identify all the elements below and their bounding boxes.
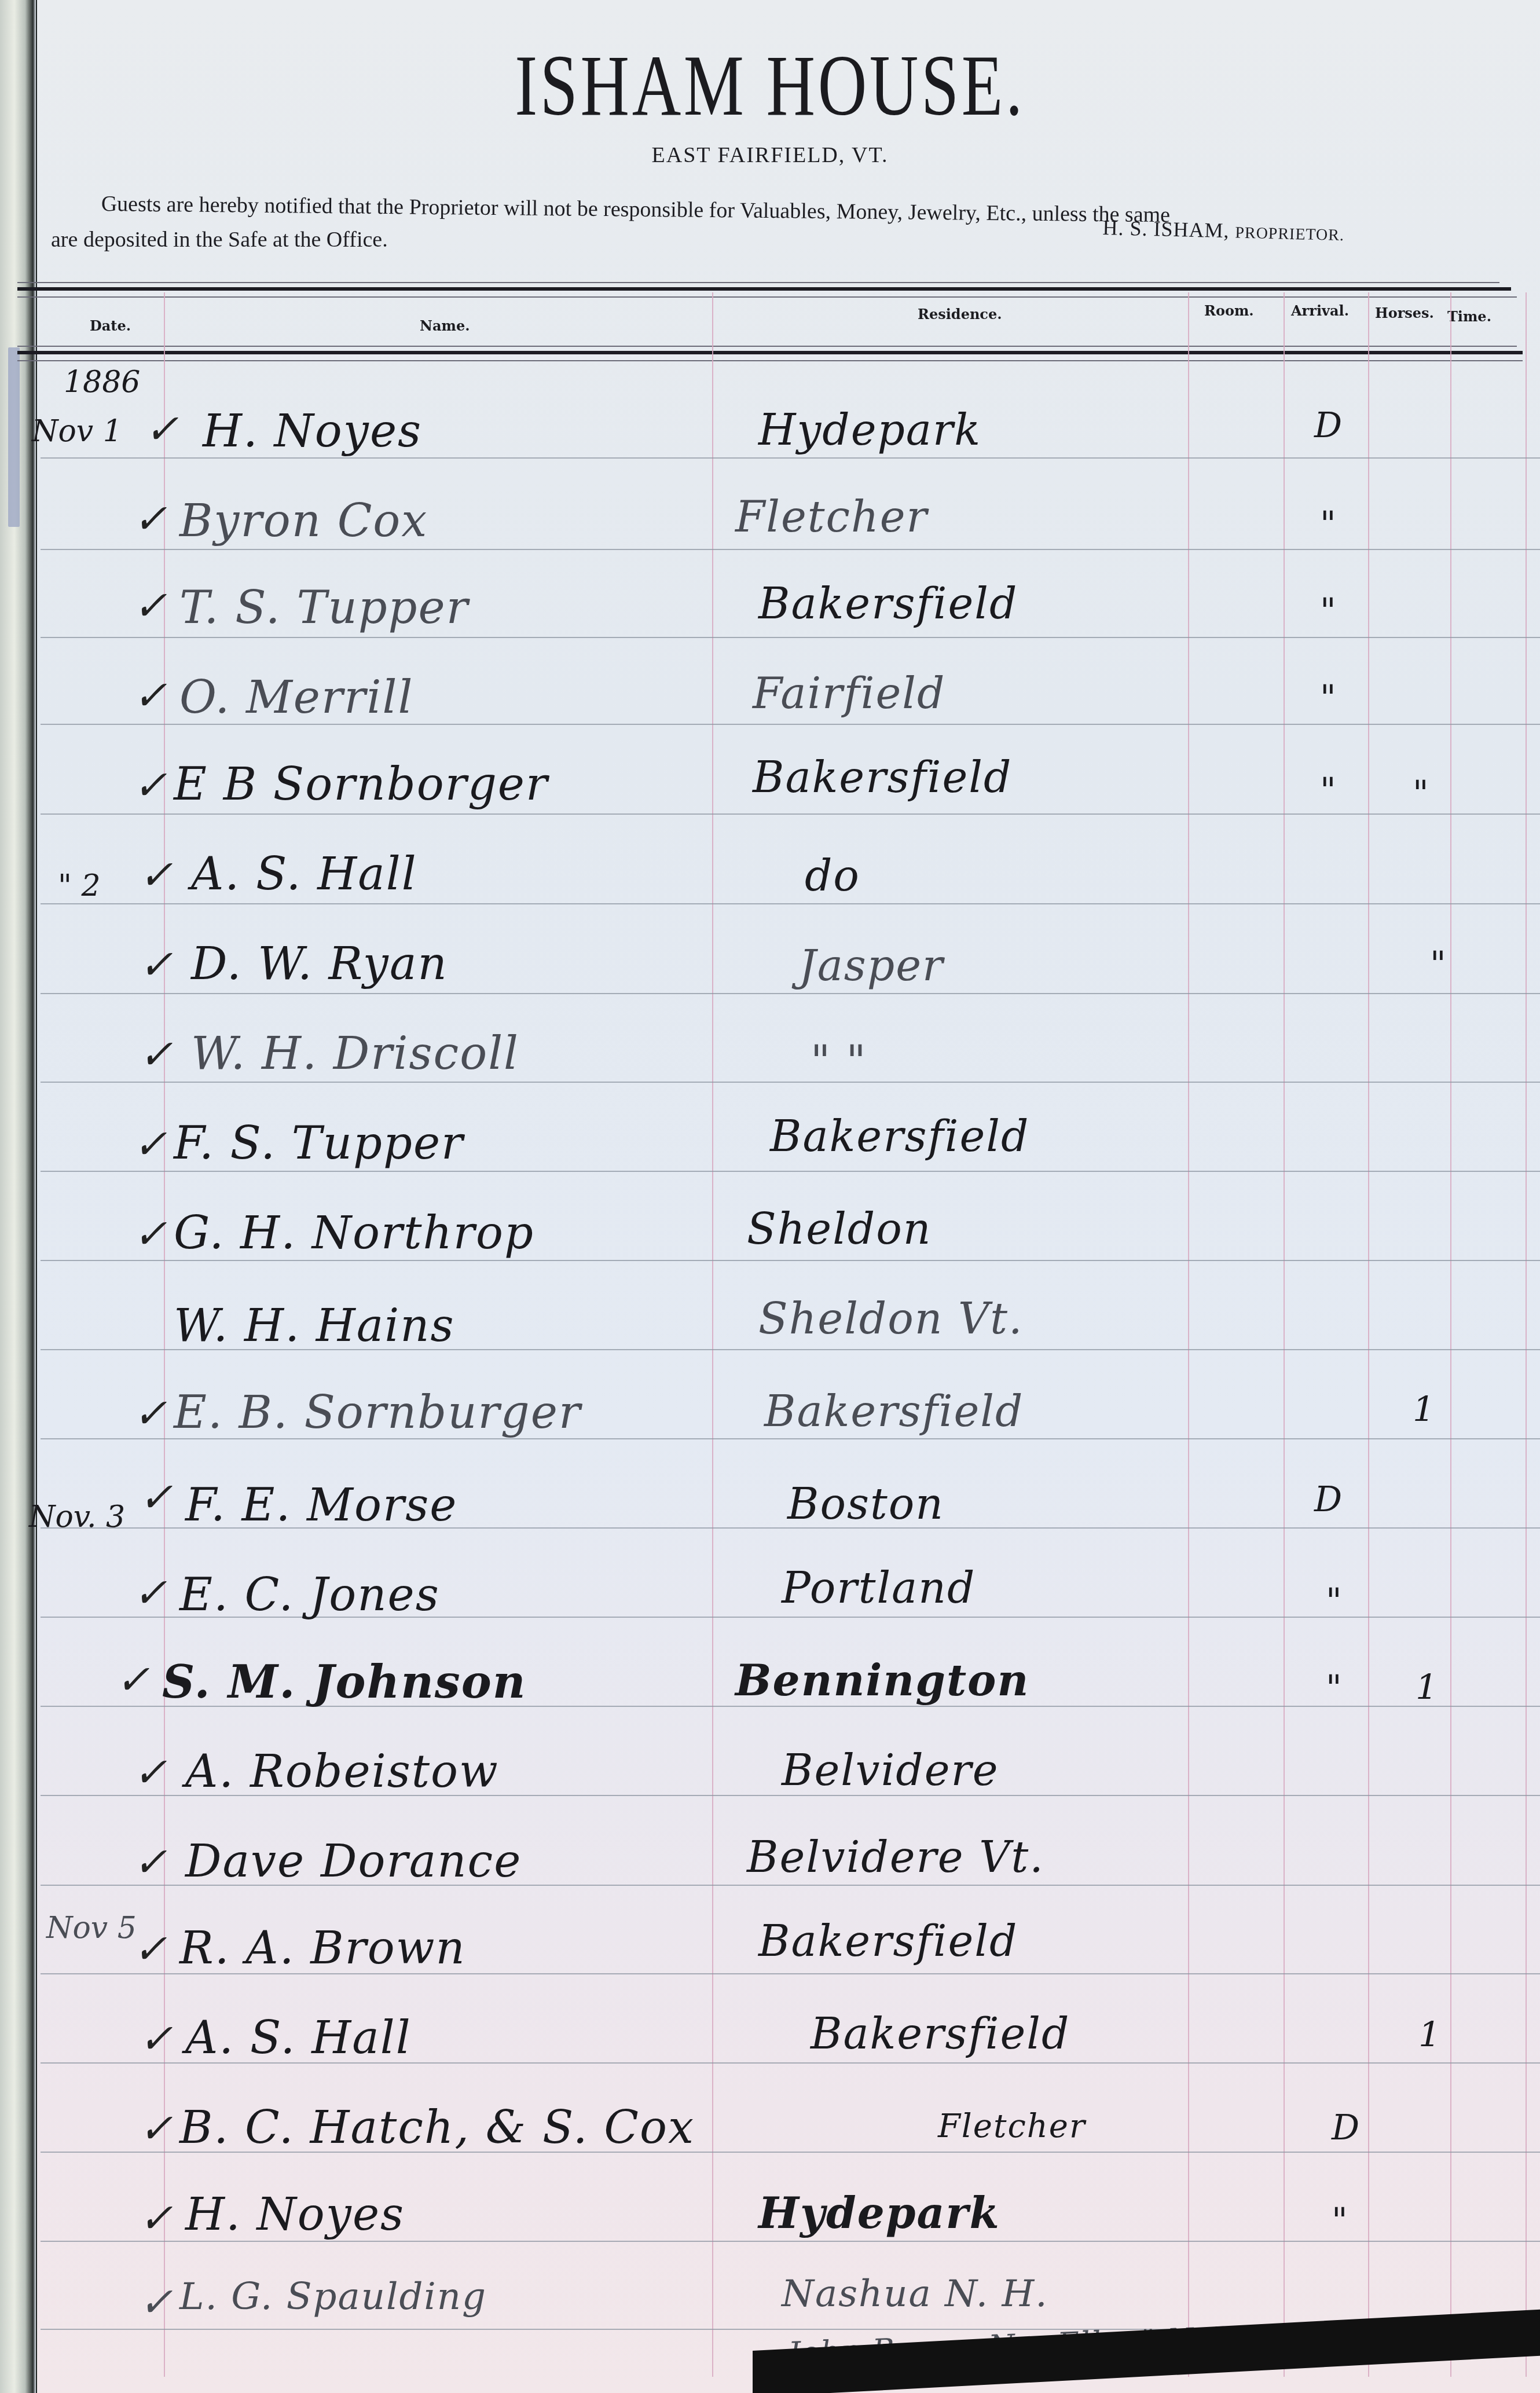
- checkmark-icon: ✓: [139, 2105, 173, 2152]
- ruled-line: [41, 813, 1540, 815]
- entry-arrival: ": [1320, 677, 1336, 718]
- header-rule-bottom-thin: [17, 346, 1517, 347]
- entry-residence: Bakersfield: [753, 753, 1012, 802]
- entry-residence: Sheldon: [747, 1204, 932, 1254]
- proprietor-name: H. S. ISHAM,: [1102, 216, 1230, 242]
- ruled-line: [41, 1082, 1540, 1083]
- entry-name: E. B. Sornburger: [174, 1387, 581, 1439]
- entry-residence: Hydepark: [758, 2189, 1000, 2238]
- entry-name: L. G. Spaulding: [179, 2275, 487, 2318]
- ruled-line: [41, 903, 1540, 904]
- entry-horses: ": [1413, 773, 1429, 813]
- entry-arrival: D: [1314, 405, 1342, 446]
- entry-date: Nov 1: [32, 414, 122, 449]
- ruled-line: [41, 993, 1540, 994]
- entry-residence: Bennington: [735, 1656, 1029, 1706]
- checkmark-icon: ✓: [116, 1656, 150, 1703]
- entry-residence: Fletcher: [735, 492, 928, 542]
- checkmark-icon: ✓: [133, 1838, 167, 1886]
- entry-name: E B Sornborger: [174, 758, 548, 811]
- ruled-line: [41, 637, 1540, 638]
- entry-name: H. Noyes: [203, 405, 422, 457]
- entry-residence: Boston: [787, 1479, 944, 1529]
- checkmark-icon: ✓: [133, 672, 167, 719]
- entry-residence: Nashua N. H.: [782, 2273, 1048, 2315]
- checkmark-icon: ✓: [139, 1031, 173, 1078]
- entry-residence: Belvidere Vt.: [747, 1833, 1044, 1882]
- entry-residence: Bakersfield: [758, 1916, 1018, 1966]
- entry-name: E. C. Jones: [179, 1569, 440, 1621]
- entry-name: Byron Cox: [179, 495, 428, 547]
- ruled-line: [41, 724, 1540, 725]
- entry-residence: Bakersfield: [758, 579, 1018, 629]
- entry-residence: Jasper: [799, 941, 944, 991]
- entry-name: A. S. Hall: [185, 2012, 412, 2064]
- column-divider-residence: [1188, 292, 1189, 2377]
- column-header-room: Room.: [1204, 302, 1254, 319]
- checkmark-icon: ✓: [139, 1474, 173, 1521]
- entry-residence: " ": [811, 1036, 867, 1086]
- checkmark-icon: ✓: [133, 1390, 167, 1437]
- entry-name: F. E. Morse: [185, 1479, 457, 1531]
- entry-horses: 1: [1416, 1668, 1438, 1708]
- column-divider-arrival: [1368, 292, 1369, 2377]
- header-rule-bottom: [17, 351, 1523, 354]
- header-rule-top-thin: [17, 282, 1499, 283]
- entry-residence: do: [805, 851, 860, 901]
- ruled-line: [41, 457, 1540, 459]
- column-header-residence: Residence.: [918, 306, 1002, 323]
- entry-name: R. A. Brown: [179, 1922, 466, 1974]
- book-binding: [0, 0, 38, 2393]
- entry-arrival: ": [1332, 2200, 1348, 2241]
- entry-arrival: D: [1332, 2108, 1359, 2148]
- entry-arrival: ": [1320, 770, 1336, 811]
- checkmark-icon: ✓: [133, 1749, 167, 1796]
- entry-name: A. Robeistow: [185, 1746, 499, 1798]
- entry-residence: Belvidere: [782, 1746, 999, 1795]
- entry-name: G. H. Northrop: [174, 1207, 534, 1259]
- checkmark-icon: ✓: [139, 941, 173, 988]
- checkmark-icon: ✓: [133, 1120, 167, 1168]
- entry-name: A. S. Hall: [191, 848, 417, 900]
- entry-horses: 1: [1413, 1390, 1435, 1430]
- entry-name: H. Noyes: [185, 2189, 405, 2241]
- entry-residence: Bakersfield: [764, 1387, 1024, 1436]
- entry-name: O. Merrill: [179, 672, 413, 724]
- entry-name: D. W. Ryan: [191, 938, 448, 990]
- entry-name: S. M. Johnson: [162, 1656, 527, 1709]
- column-header-horses: Horses.: [1375, 305, 1434, 321]
- entry-name: W. H. Driscoll: [191, 1028, 519, 1080]
- checkmark-icon: ✓: [133, 1569, 167, 1617]
- checkmark-icon: ✓: [139, 2278, 173, 2326]
- checkmark-icon: ✓: [133, 761, 167, 809]
- ruled-line: [41, 549, 1540, 550]
- entry-residence: Bakersfield: [811, 2009, 1070, 2059]
- entry-date: Nov 5: [46, 1911, 137, 1945]
- column-header-time: Time.: [1447, 308, 1491, 325]
- entry-arrival: ": [1320, 504, 1336, 544]
- entry-arrival: ": [1326, 1581, 1342, 1621]
- entry-name: W. H. Hains: [174, 1300, 454, 1352]
- column-header-arrival: Arrival.: [1291, 302, 1349, 319]
- entry-arrival: ": [1326, 1668, 1342, 1708]
- column-header-name: Name.: [420, 317, 470, 334]
- checkmark-icon: ✓: [133, 582, 167, 629]
- checkmark-icon: ✓: [139, 2194, 173, 2242]
- entry-date: " 2: [58, 868, 101, 903]
- column-divider-room: [1284, 292, 1285, 2377]
- ledger-year: 1886: [64, 365, 140, 400]
- entry-name: F. S. Tupper: [174, 1117, 464, 1170]
- entry-residence: Portland: [782, 1563, 976, 1613]
- entry-name: Dave Dorance: [185, 1835, 522, 1888]
- ruled-line: [41, 2241, 1540, 2242]
- header-rule-bottom-thin-2: [17, 360, 1523, 361]
- header-rule-top-thin-2: [17, 296, 1517, 298]
- checkmark-icon: ✓: [145, 405, 179, 453]
- entry-residence: Fletcher: [938, 2108, 1086, 2145]
- binding-tab: [8, 347, 20, 527]
- column-divider-name: [712, 292, 713, 2377]
- proprietor-title: PROPRIETOR.: [1235, 224, 1344, 245]
- entry-horses: ": [1430, 944, 1446, 984]
- ruled-line: [41, 1260, 1540, 1261]
- column-header-date: Date.: [90, 317, 131, 334]
- checkmark-icon: ✓: [133, 495, 167, 543]
- safe-notice-line-2: are deposited in the Safe at the Office.: [51, 227, 388, 252]
- entry-date: Nov. 3: [29, 1500, 125, 1534]
- column-divider-horses: [1450, 292, 1451, 2377]
- entry-residence: Sheldon Vt.: [758, 1294, 1024, 1344]
- ruled-line: [41, 1171, 1540, 1172]
- hotel-title: ISHAM HOUSE.: [170, 36, 1371, 135]
- entry-name: B. C. Hatch, & S. Cox: [179, 2102, 695, 2154]
- header-rule-top: [17, 287, 1511, 291]
- checkmark-icon: ✓: [139, 2015, 173, 2062]
- entry-arrival: ": [1320, 591, 1336, 631]
- hotel-location: EAST FAIRFIELD, VT.: [0, 142, 1540, 168]
- entry-horses: 1: [1418, 2015, 1440, 2055]
- column-divider-time: [1526, 292, 1527, 2377]
- entry-residence: Bakersfield: [770, 1112, 1029, 1161]
- entry-name: T. S. Tupper: [179, 582, 469, 634]
- entry-arrival: D: [1314, 1479, 1342, 1520]
- checkmark-icon: ✓: [133, 1925, 167, 1973]
- entry-residence: Hydepark: [758, 405, 981, 455]
- checkmark-icon: ✓: [133, 1210, 167, 1258]
- entry-residence: Fairfield: [753, 669, 945, 719]
- checkmark-icon: ✓: [139, 851, 173, 899]
